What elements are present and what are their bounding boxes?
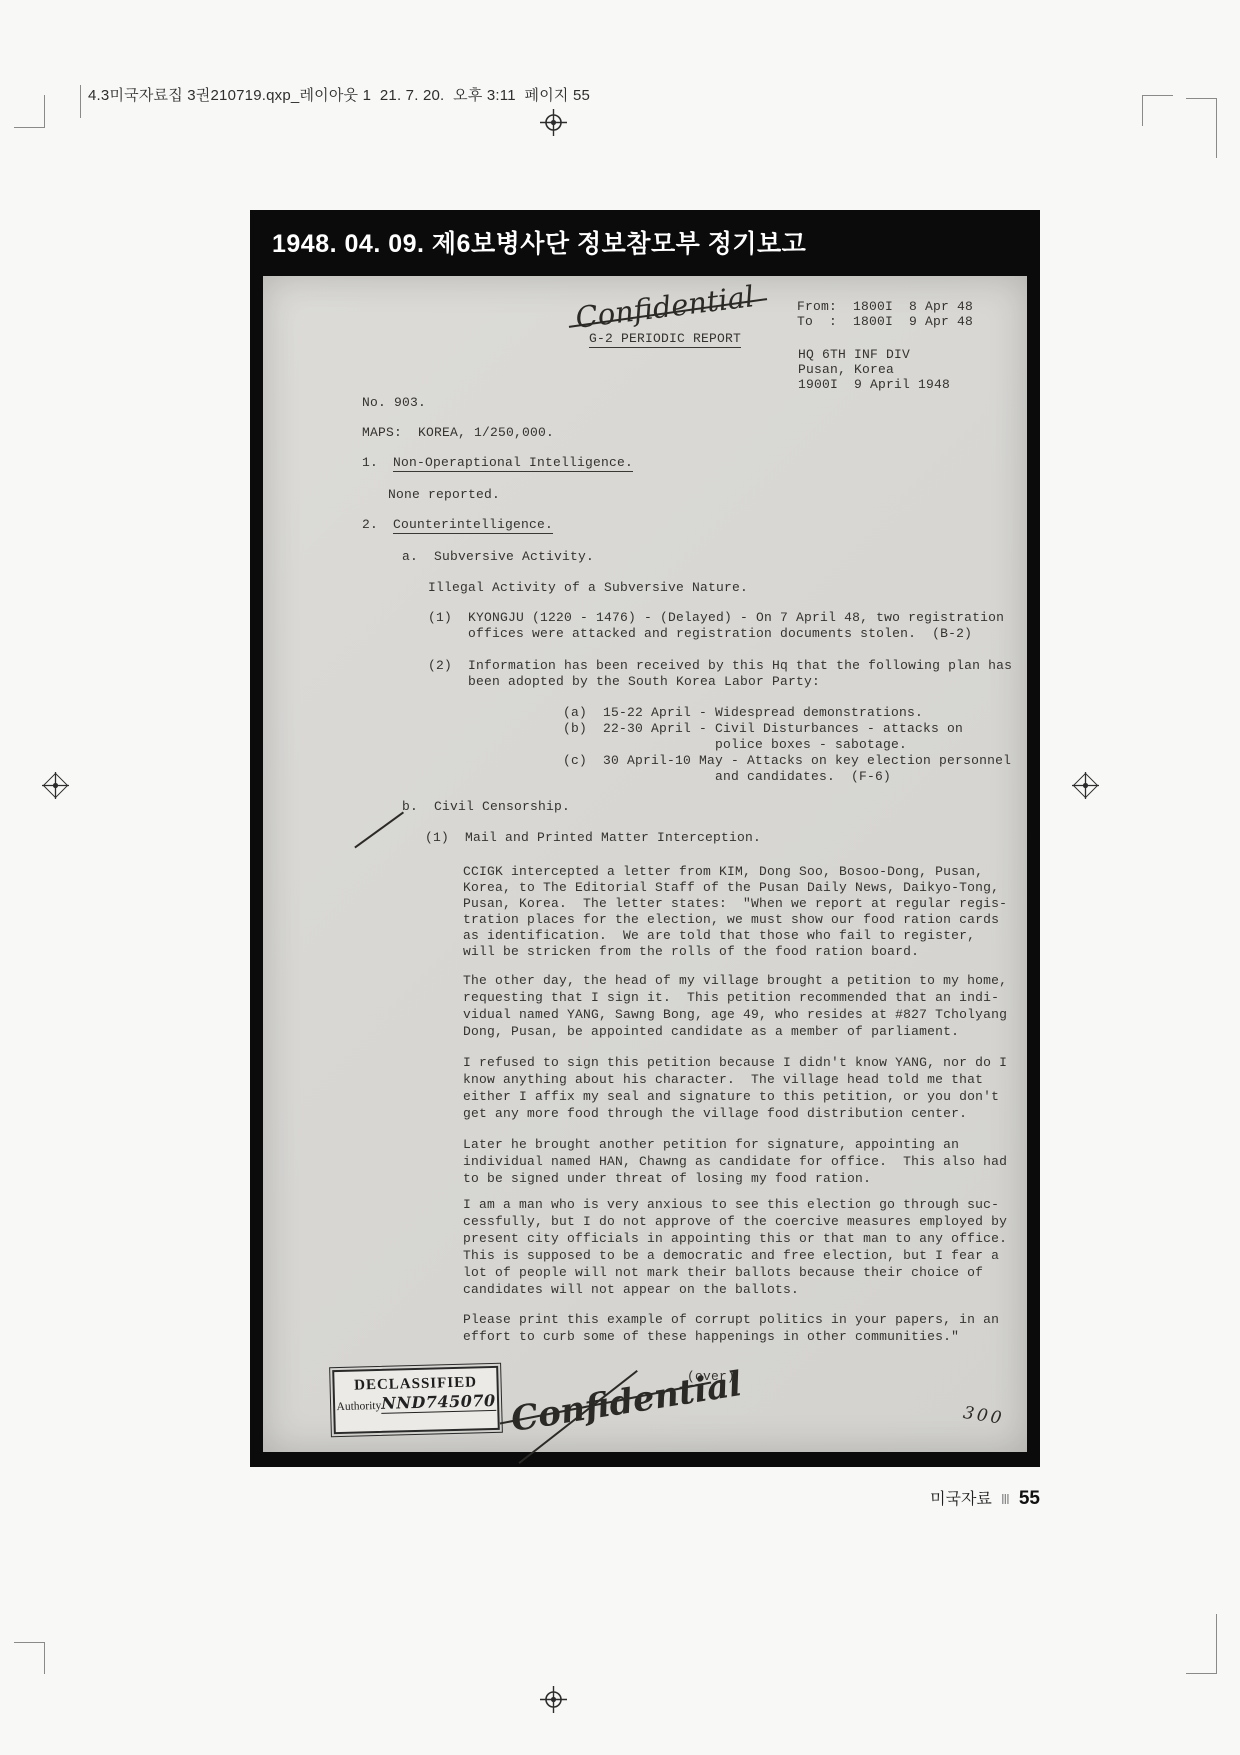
letter-paragraph-1: CCIGK intercepted a letter from KIM, Don… — [463, 864, 1007, 960]
crop-mark-bottomleft-v — [44, 1642, 45, 1674]
declassified-stamp: DECLASSIFIED AuthorityNND745070 — [332, 1366, 500, 1434]
handwritten-page-number: 300 — [962, 1403, 1006, 1429]
subsection-2a-heading: a. Subversive Activity. — [402, 549, 594, 565]
schedule-list: (a) 15-22 April - Widespread demonstrati… — [563, 705, 1011, 785]
section-1-body: None reported. — [388, 487, 500, 503]
crop-mark-topright-v2 — [1216, 98, 1217, 158]
crop-mark-topright-v1 — [1142, 95, 1143, 126]
crop-mark-topright-h1 — [1142, 95, 1173, 96]
section-2-title: Counterintelligence. — [393, 517, 553, 534]
crop-mark-topright-h2 — [1186, 98, 1217, 99]
section-1-title: Non-Operaptional Intelligence. — [393, 455, 633, 472]
handwritten-confidential-top: Confidential — [574, 279, 756, 335]
registration-mark-left — [42, 772, 69, 799]
from-to-block: From: 1800I 8 Apr 48 To : 1800I 9 Apr 48 — [797, 299, 973, 329]
paragraph-kyongju: (1) KYONGJU (1220 - 1476) - (Delayed) - … — [428, 610, 1004, 642]
crop-mark-bottomright-h — [1186, 1673, 1217, 1674]
report-number: No. 903. — [362, 395, 426, 411]
maps-line: MAPS: KOREA, 1/250,000. — [362, 425, 554, 441]
letter-paragraph-6: Please print this example of corrupt pol… — [463, 1311, 999, 1345]
folio-volume: Ⅲ — [1001, 1492, 1010, 1508]
crop-mark-bottomright-v — [1216, 1614, 1217, 1674]
prepress-header: 4.3미국자료집 3권210719.qxp_레이아웃 1 21. 7. 20. … — [88, 84, 590, 105]
folio-series: 미국자료 — [930, 1486, 992, 1509]
scan-title: 1948. 04. 09. 제6보병사단 정보참모부 정기보고 — [272, 224, 806, 260]
authority-number-handwritten: NND745070 — [381, 1391, 496, 1414]
registration-mark-bottom — [540, 1686, 567, 1713]
folio-page-number: 55 — [1019, 1488, 1040, 1510]
section-2-heading: 2.Counterintelligence. — [362, 517, 553, 533]
authority-label: Authority — [336, 1400, 381, 1413]
letter-paragraph-5: I am a man who is very anxious to see th… — [463, 1196, 1007, 1298]
scanned-document: Confidential G-2 PERIODIC REPORT From: 1… — [263, 276, 1027, 1452]
book-folio: 미국자료 Ⅲ 55 — [930, 1486, 1040, 1510]
section-1-heading: 1.Non-Operaptional Intelligence. — [362, 455, 633, 471]
registration-mark-right — [1072, 772, 1099, 799]
from-line: From: 1800I 8 Apr 48 — [797, 299, 973, 314]
printed-page: 4.3미국자료집 3권210719.qxp_레이아웃 1 21. 7. 20. … — [0, 0, 1240, 1755]
handwritten-confidential-bottom: Confidential — [508, 1364, 744, 1440]
crop-mark-topleft-h — [14, 127, 45, 128]
report-title: G-2 PERIODIC REPORT — [589, 331, 741, 348]
to-line: To : 1800I 9 Apr 48 — [797, 314, 973, 329]
subsection-2b-heading: b. Civil Censorship. — [402, 799, 570, 815]
illegal-activity-heading: Illegal Activity of a Subversive Nature. — [428, 580, 748, 596]
crop-mark-topleft-v — [44, 95, 45, 127]
crop-mark-bottomleft-h — [14, 1642, 45, 1643]
crop-mark-topleft-bar — [80, 85, 81, 118]
pen-slash-mark — [354, 812, 403, 848]
section-1-number: 1. — [362, 455, 393, 471]
letter-paragraph-4: Later he brought another petition for si… — [463, 1136, 1007, 1187]
letter-paragraph-3: I refused to sign this petition because … — [463, 1054, 1007, 1122]
mail-interception-heading: (1) Mail and Printed Matter Interception… — [425, 830, 761, 846]
scan-frame: 1948. 04. 09. 제6보병사단 정보참모부 정기보고 Confiden… — [250, 210, 1040, 1467]
hq-block: HQ 6TH INF DIV Pusan, Korea 1900I 9 Apri… — [798, 347, 950, 392]
section-2-number: 2. — [362, 517, 393, 533]
paragraph-information: (2) Information has been received by thi… — [428, 658, 1012, 690]
letter-paragraph-2: The other day, the head of my village br… — [463, 972, 1007, 1040]
registration-mark-top — [540, 109, 567, 136]
declassified-stamp-authority: AuthorityNND745070 — [335, 1391, 497, 1414]
